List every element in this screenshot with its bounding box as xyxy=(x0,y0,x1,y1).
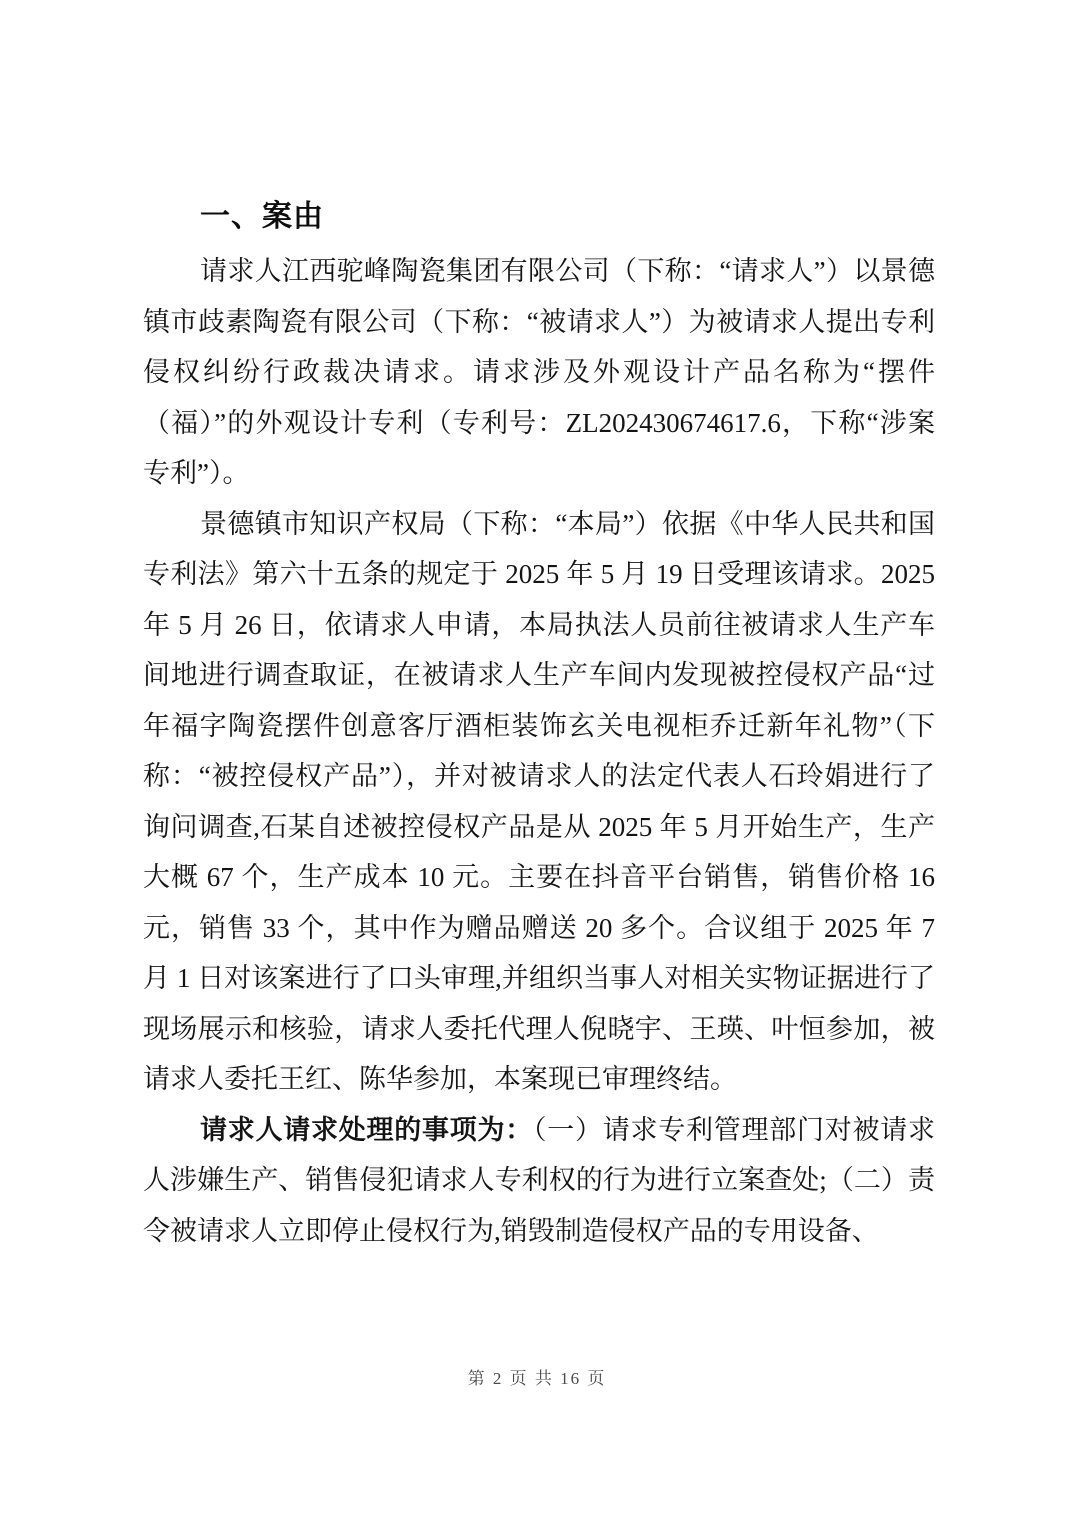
paragraph-investigation: 景德镇市知识产权局（下称：“本局”）依据《中华人民共和国专利法》第六十五条的规定… xyxy=(143,499,935,1105)
paragraph-claims: 请求人请求处理的事项为：（一）请求专利管理部门对被请求人涉嫌生产、销售侵犯请求人… xyxy=(143,1105,935,1257)
document-body: 一、案由 请求人江西驼峰陶瓷集团有限公司（下称：“请求人”）以景德镇市歧素陶瓷有… xyxy=(143,192,935,1256)
claims-bold-lead: 请求人请求处理的事项为： xyxy=(200,1115,533,1145)
section-heading-case-cause: 一、案由 xyxy=(143,192,935,242)
page-footer: 第 2 页 共 16 页 xyxy=(0,1364,1074,1389)
document-page: 一、案由 请求人江西驼峰陶瓷集团有限公司（下称：“请求人”）以景德镇市歧素陶瓷有… xyxy=(0,0,1074,1520)
page-number-label: 第 2 页 共 16 页 xyxy=(468,1369,607,1388)
paragraph-case-intro: 请求人江西驼峰陶瓷集团有限公司（下称：“请求人”）以景德镇市歧素陶瓷有限公司（下… xyxy=(143,246,935,499)
